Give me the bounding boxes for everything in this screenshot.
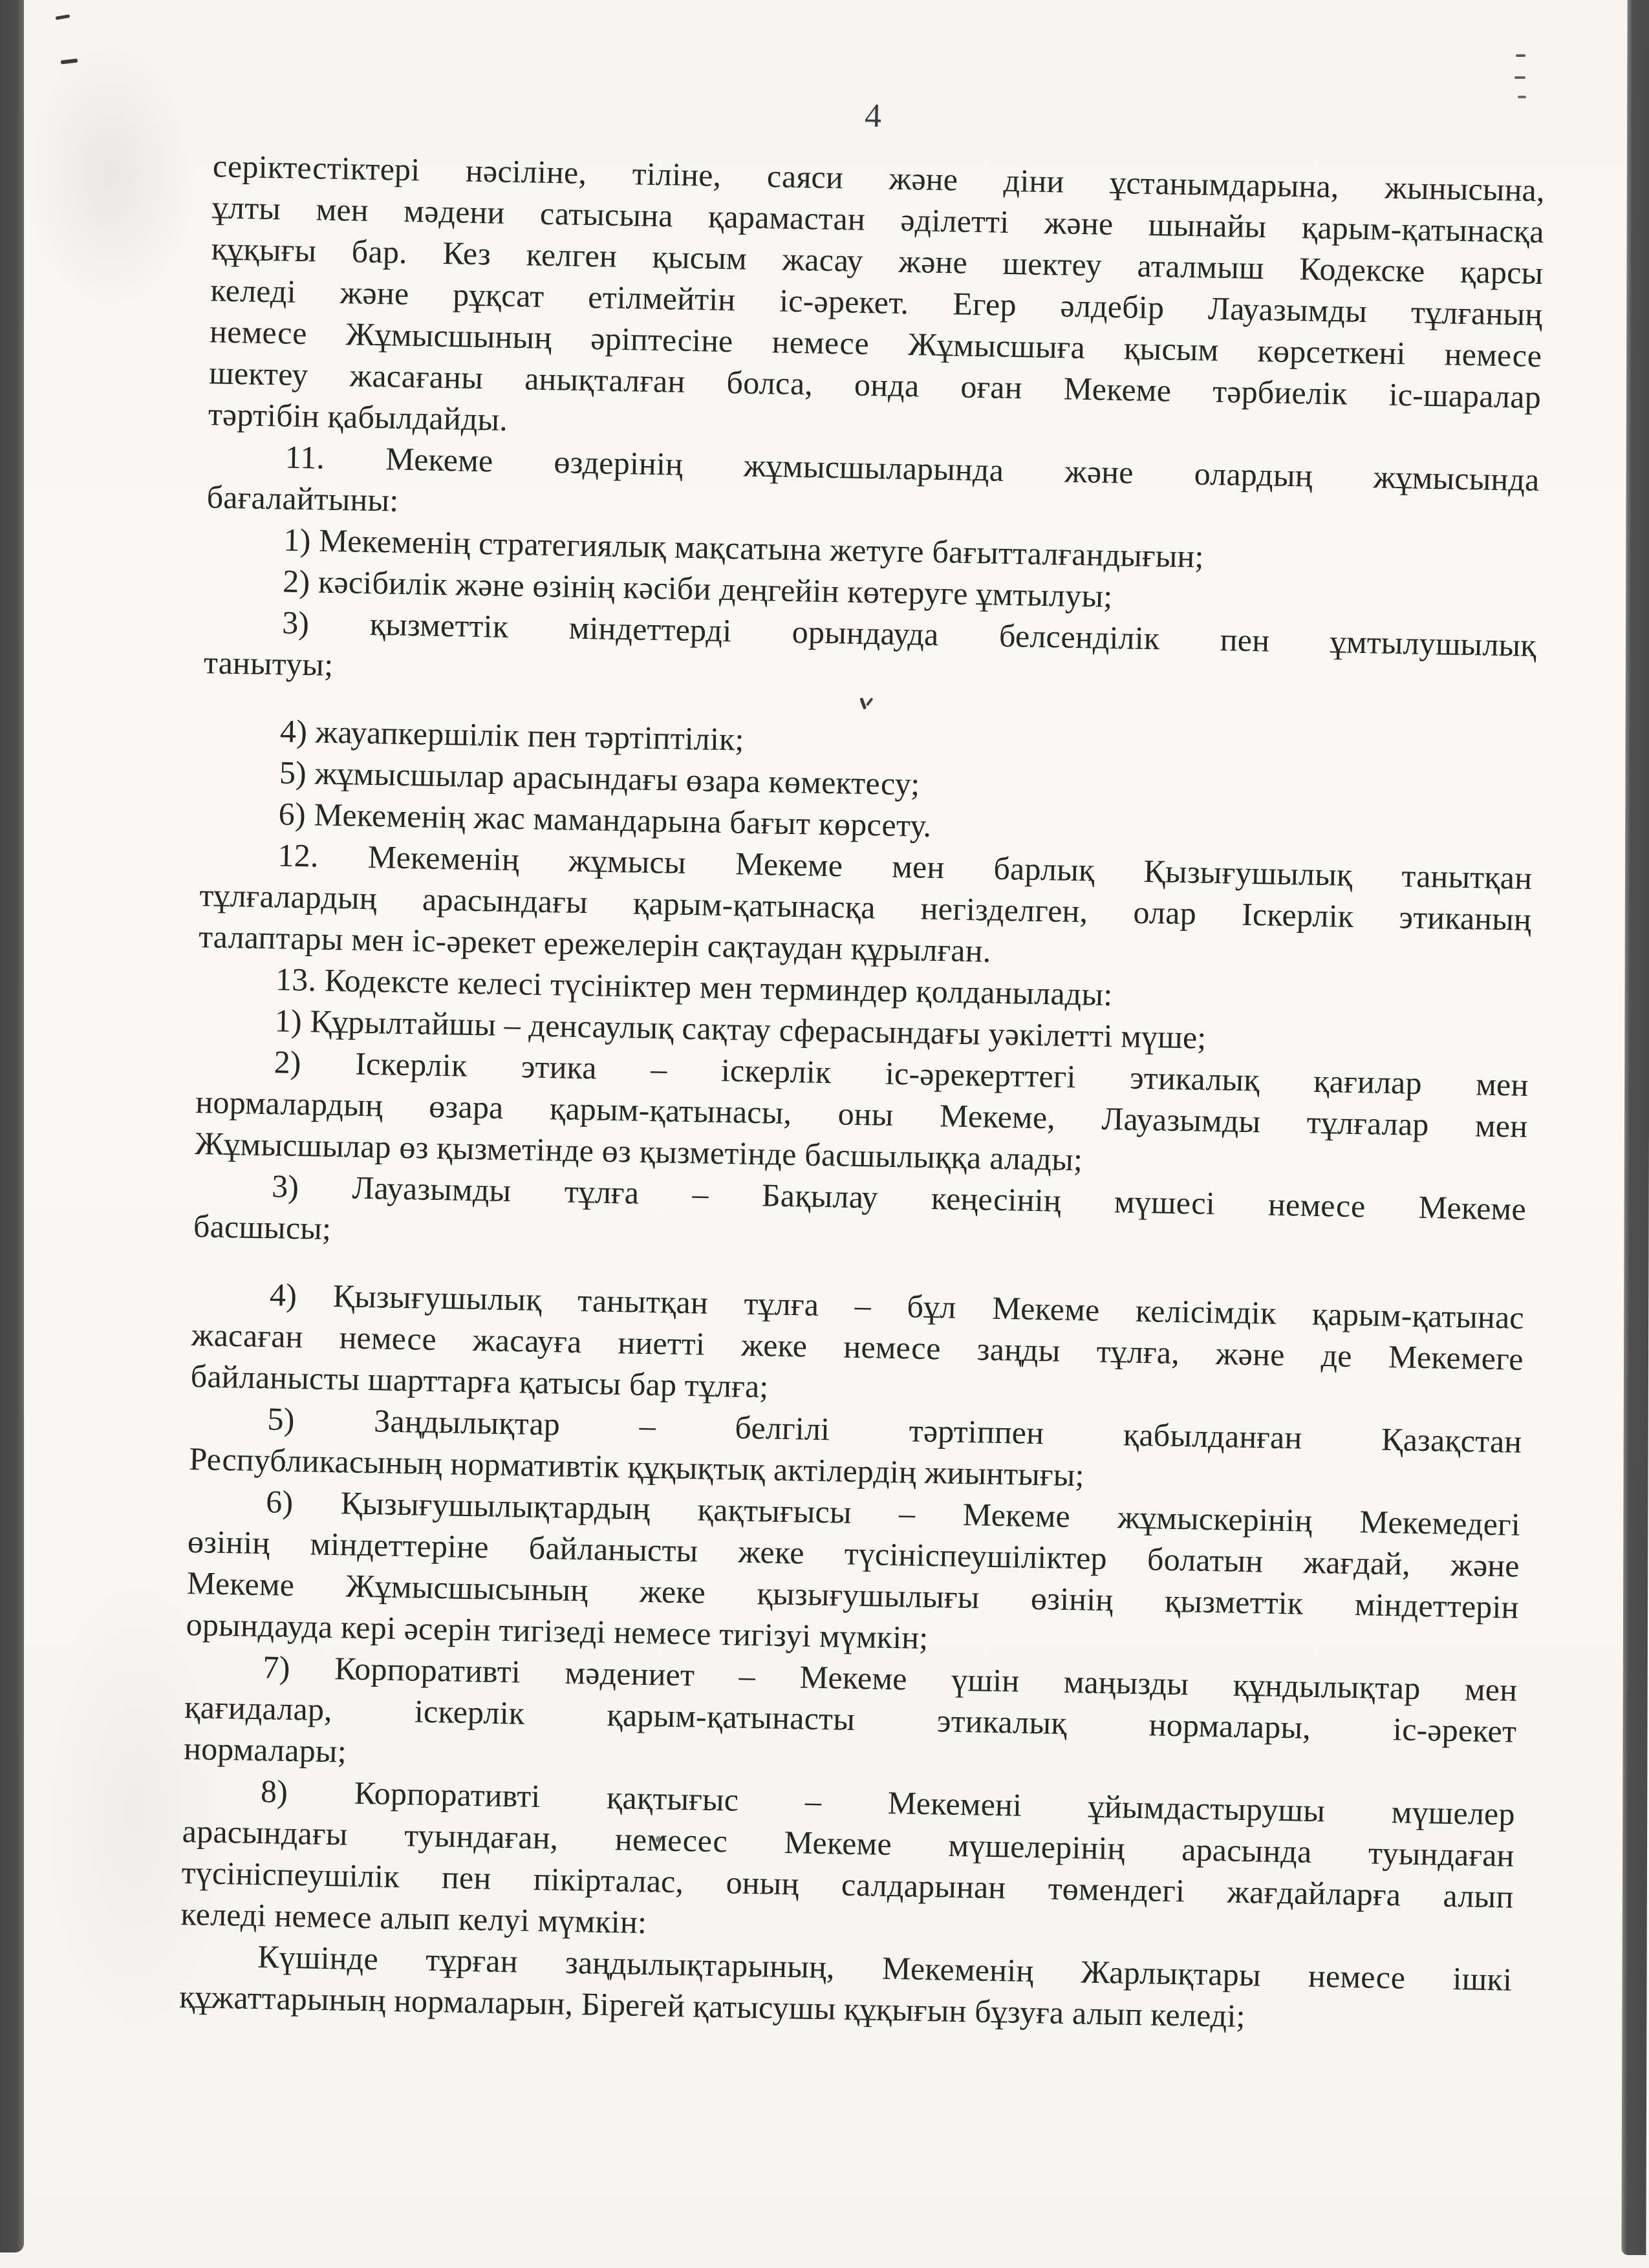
scanner-edge-bar-left [0,0,24,2252]
paragraph: 2) Іскерлік этика – іскерлік іс-әрекертт… [195,1040,1529,1188]
text-block: серіктестіктері нәсіліне, тіліне, саяси … [179,145,1546,2041]
paragraph: серіктестіктері нәсіліне, тіліне, саяси … [208,145,1545,459]
paragraph: 4) Қызығушылық танытқан тұлға – бұл Меке… [190,1272,1524,1421]
scanner-edge-bar-right [1621,0,1649,2255]
paragraph: 6) Қызығушылықтардың қақтығысы – Мекеме … [186,1479,1520,1669]
stray-scan-mark [1518,96,1526,98]
stray-scan-mark [1516,54,1525,57]
paragraph: 8) Корпоративті қақтығыс – Мекемені ұйым… [180,1769,1515,1959]
paper-blotch [26,39,194,310]
stray-scan-mark [61,59,78,65]
stray-scan-mark [56,14,70,20]
paragraph: 12. Мекеменің жұмысы Мекеме мен барлық Қ… [199,833,1533,981]
page-number: 4 [843,96,902,136]
scanned-document-page: 4 серіктестіктері нәсіліне, тіліне, саяс… [0,0,1649,2268]
stray-scan-mark [1514,76,1525,79]
paragraph: 7) Корпоративті мәдениет – Мекеме үшін м… [184,1645,1518,1793]
